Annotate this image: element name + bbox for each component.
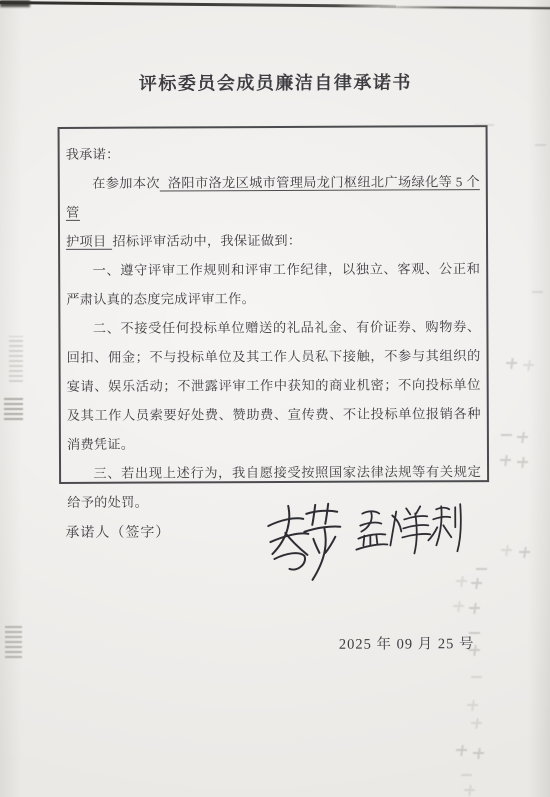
bleedthrough-mark [516, 432, 529, 443]
bleedthrough-mark [505, 358, 518, 369]
clause-1: 一、遵守评审工作规则和评审工作纪律，以独立、客观、公正和严肃认真的态度完成评审工… [66, 254, 480, 314]
commitment-opening: 我承诺： [66, 138, 480, 169]
date-text: 2025 年 09 月 25 号 [339, 632, 475, 654]
bleedthrough-mark [473, 120, 495, 131]
bleedthrough-mark [468, 603, 481, 614]
document-body: 评标委员会成员廉洁自律承诺书 我承诺： 在参加本次洛阳市洛龙区城市管理局龙门枢纽… [0, 0, 550, 797]
bleedthrough-mark [500, 430, 513, 441]
document-title: 评标委员会成员廉洁自律承诺书 [0, 68, 550, 96]
bleedthrough-mark [466, 700, 479, 711]
scanned-document-page: 评标委员会成员廉洁自律承诺书 我承诺： 在参加本次洛阳市洛龙区城市管理局龙门枢纽… [0, 0, 550, 797]
bleedthrough-mark [531, 287, 544, 298]
bleedthrough-mark [500, 545, 513, 556]
bleedthrough-mark [470, 578, 483, 589]
scan-smudge [4, 397, 23, 420]
bleedthrough-mark [455, 745, 468, 756]
bleedthrough-mark [522, 360, 535, 371]
signer-label: 承诺人（签字） [65, 521, 170, 541]
bleedthrough-mark [475, 564, 488, 575]
bleedthrough-mark [452, 601, 465, 612]
project-name-blank-line2: 护项目 [66, 234, 113, 250]
bleedthrough-mark [470, 672, 483, 683]
participation-prefix: 在参加本次 [92, 176, 160, 191]
signature-li-ping [258, 496, 342, 582]
bleedthrough-mark [516, 457, 529, 468]
bleedthrough-mark [463, 785, 476, 796]
bleedthrough-mark [518, 547, 531, 558]
clause-2: 二、不接受任何投标单位赠送的礼品礼金、有价证券、购物券、回扣、佣金；不与投标单位… [66, 312, 481, 459]
commitment-box: 我承诺： 在参加本次洛阳市洛龙区城市管理局龙门枢纽北广场绿化等 5 个管护项目招… [58, 125, 490, 484]
bleedthrough-mark [499, 455, 512, 466]
bleedthrough-mark [455, 576, 468, 587]
scan-smudge [9, 336, 23, 382]
participation-paragraph: 在参加本次洛阳市洛龙区城市管理局龙门枢纽北广场绿化等 5 个管护项目招标评审活动… [66, 167, 480, 256]
participation-suffix: 招标评审活动中，我保证做到： [112, 233, 301, 249]
bleedthrough-mark [534, 140, 547, 151]
scan-smudge [5, 626, 22, 658]
bleedthrough-mark [470, 718, 483, 729]
bleedthrough-mark [468, 628, 481, 639]
bleedthrough-mark [468, 645, 481, 656]
bleedthrough-mark [460, 770, 473, 781]
signature-meng-xiangli [354, 501, 462, 559]
bleedthrough-mark [472, 748, 485, 759]
